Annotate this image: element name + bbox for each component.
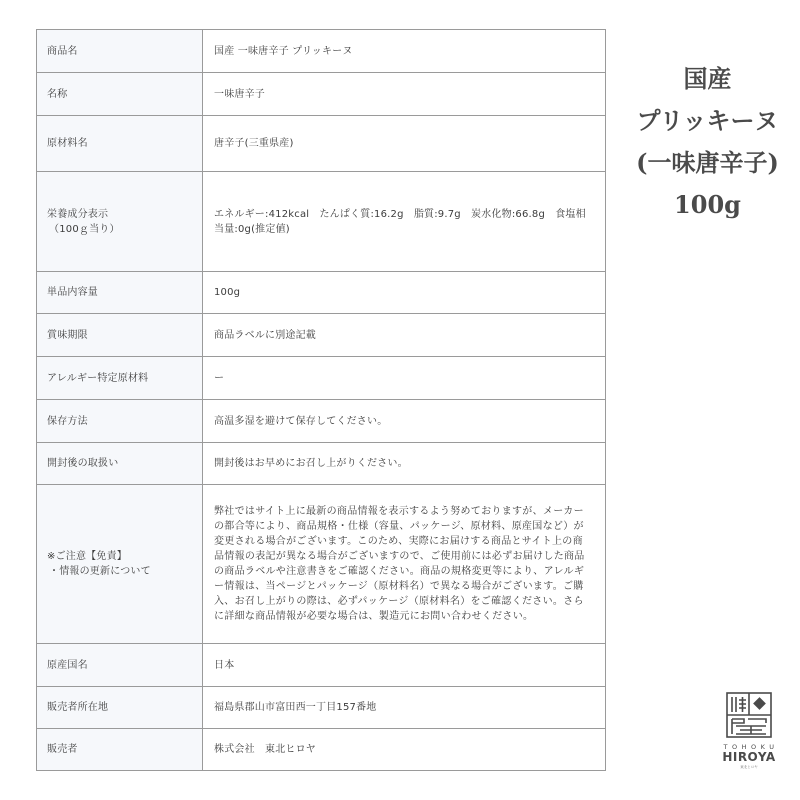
table-row: ※ご注意【免責】 ・情報の更新について 弊社ではサイト上に最新の商品情報を表示す… bbox=[37, 485, 606, 644]
hiroya-logo-mark-icon bbox=[726, 692, 772, 738]
row-value: 商品ラベルに別途記載 bbox=[203, 314, 606, 357]
row-label: 商品名 bbox=[37, 30, 203, 73]
title-line: 100g bbox=[615, 184, 800, 226]
disclaimer-text: 弊社ではサイト上に最新の商品情報を表示するよう努めておりますが、メーカーの都合等… bbox=[203, 485, 606, 644]
label-sub: ・情報の更新について bbox=[47, 564, 192, 579]
row-value: 唐辛子(三重県産) bbox=[203, 116, 606, 172]
title-line: 国産 bbox=[615, 58, 800, 100]
label-main: ※ご注意【免責】 bbox=[47, 551, 127, 562]
table-row: 原材料名 唐辛子(三重県産) bbox=[37, 116, 606, 172]
table-row: 保存方法 高温多湿を避けて保存してください。 bbox=[37, 400, 606, 443]
row-value: 国産 一味唐辛子 プリッキーヌ bbox=[203, 30, 606, 73]
row-label: 開封後の取扱い bbox=[37, 443, 203, 485]
label-main: 栄養成分表示 bbox=[47, 209, 108, 220]
row-value: 日本 bbox=[203, 644, 606, 687]
row-value: ー bbox=[203, 357, 606, 400]
row-value: 福島県郡山市富田西一丁目157番地 bbox=[203, 687, 606, 729]
product-title: 国産 プリッキーヌ (一味唐辛子) 100g bbox=[615, 58, 800, 226]
logo-small-text: 東北ヒロヤ bbox=[718, 765, 780, 770]
row-label: アレルギー特定原材料 bbox=[37, 357, 203, 400]
row-label: 販売者 bbox=[37, 729, 203, 771]
row-label: 原材料名 bbox=[37, 116, 203, 172]
table-row: 栄養成分表示 （100ｇ当り） エネルギー:412kcal たんぱく質:16.2… bbox=[37, 172, 606, 272]
table-row: 商品名 国産 一味唐辛子 プリッキーヌ bbox=[37, 30, 606, 73]
row-value: 100g bbox=[203, 272, 606, 314]
table-row: 原産国名 日本 bbox=[37, 644, 606, 687]
row-value: 高温多湿を避けて保存してください。 bbox=[203, 400, 606, 443]
row-value: エネルギー:412kcal たんぱく質:16.2g 脂質:9.7g 炭水化物:6… bbox=[203, 172, 606, 272]
title-line: プリッキーヌ bbox=[615, 100, 800, 142]
row-label: ※ご注意【免責】 ・情報の更新について bbox=[37, 485, 203, 644]
label-sub: （100ｇ当り） bbox=[47, 222, 192, 237]
table-row: アレルギー特定原材料 ー bbox=[37, 357, 606, 400]
table-row: 販売者 株式会社 東北ヒロヤ bbox=[37, 729, 606, 771]
row-value: 株式会社 東北ヒロヤ bbox=[203, 729, 606, 771]
brand-logo: TOHOKU HIROYA 東北ヒロヤ bbox=[718, 692, 780, 770]
product-spec-table: 商品名 国産 一味唐辛子 プリッキーヌ 名称 一味唐辛子 原材料名 唐辛子(三重… bbox=[36, 29, 606, 771]
row-label: 栄養成分表示 （100ｇ当り） bbox=[37, 172, 203, 272]
table-row: 賞味期限 商品ラベルに別途記載 bbox=[37, 314, 606, 357]
row-label: 賞味期限 bbox=[37, 314, 203, 357]
row-value: 一味唐辛子 bbox=[203, 73, 606, 116]
logo-hiroya-text: HIROYA bbox=[718, 751, 780, 764]
row-label: 単品内容量 bbox=[37, 272, 203, 314]
table-row: 名称 一味唐辛子 bbox=[37, 73, 606, 116]
table-row: 開封後の取扱い 開封後はお早めにお召し上がりください。 bbox=[37, 443, 606, 485]
row-label: 名称 bbox=[37, 73, 203, 116]
row-label: 保存方法 bbox=[37, 400, 203, 443]
table-row: 販売者所在地 福島県郡山市富田西一丁目157番地 bbox=[37, 687, 606, 729]
row-label: 原産国名 bbox=[37, 644, 203, 687]
row-label: 販売者所在地 bbox=[37, 687, 203, 729]
table-row: 単品内容量 100g bbox=[37, 272, 606, 314]
title-line: (一味唐辛子) bbox=[615, 142, 800, 184]
row-value: 開封後はお早めにお召し上がりください。 bbox=[203, 443, 606, 485]
